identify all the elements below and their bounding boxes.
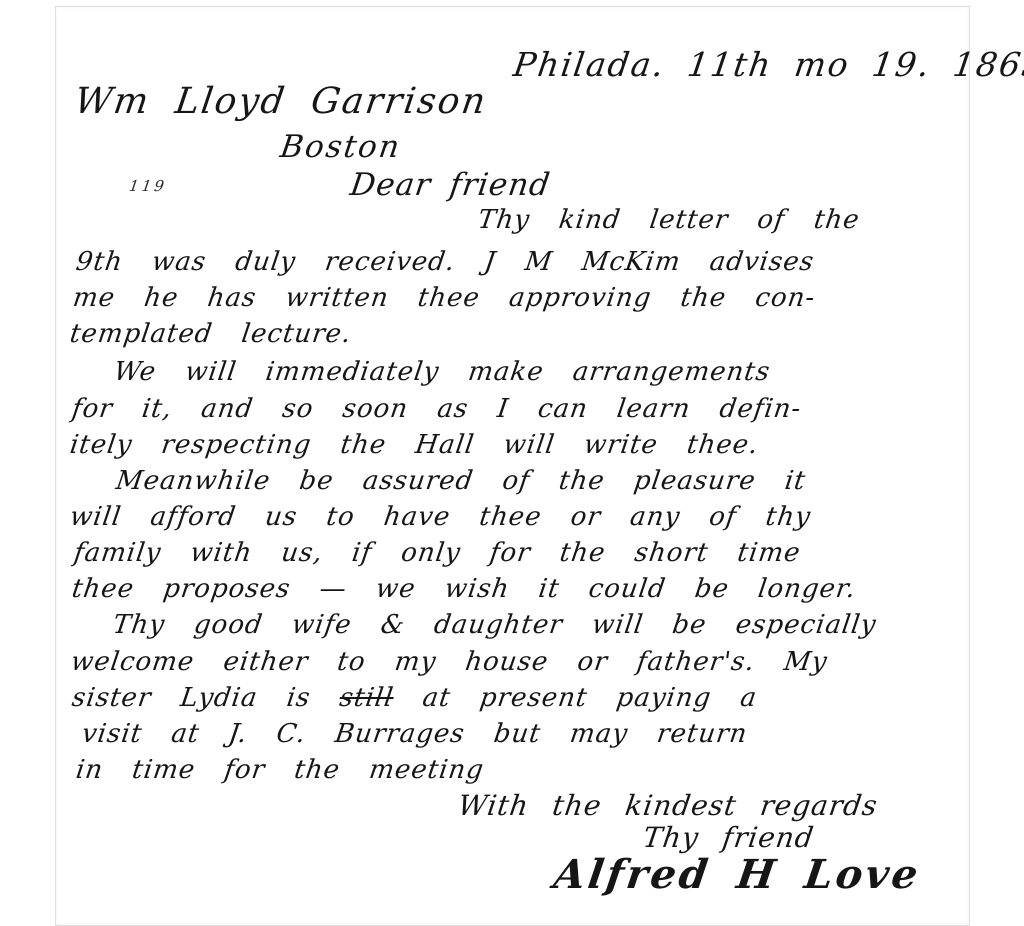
letter-line: will afford us to have thee or any of th… [68, 502, 813, 532]
letter-scan-page: Philada. 11th mo 19. 1863 Wm Lloyd Garri… [55, 6, 970, 912]
recipient-city: Boston [278, 129, 404, 165]
letter-line: templated lecture. [68, 319, 353, 349]
salutation: Dear friend [348, 167, 553, 203]
letter-line: me he has written thee approving the con… [71, 283, 817, 313]
letter-line: Meanwhile be assured of the pleasure it [114, 466, 808, 496]
letter-line: We will immediately make arrangements [112, 357, 772, 387]
letter-line: Thy kind letter of the [476, 205, 862, 235]
closing-regards: With the kindest regards [456, 789, 880, 822]
letter-line: 9th was duly received. J M McKim advises [74, 247, 816, 277]
signature: Alfred H Love [551, 851, 924, 898]
struck-line-after: at present paying a [391, 683, 759, 713]
margin-number: 119 [128, 177, 168, 195]
struck-line-before: sister Lydia is [70, 683, 342, 713]
letter-line: itely respecting the Hall will write the… [68, 430, 761, 460]
letter-line-with-strikethrough: sister Lydia is still at present paying … [70, 683, 759, 713]
letter-line: in time for the meeting [74, 755, 486, 785]
letter-line: welcome either to my house or father's. … [69, 647, 830, 677]
letter-line: visit at J. C. Burrages but may return [80, 719, 749, 749]
letter-line: family with us, if only for the short ti… [72, 538, 803, 568]
recipient-name: Wm Lloyd Garrison [72, 81, 490, 122]
letter-line: for it, and so soon as I can learn defin… [70, 394, 803, 424]
struck-word: still [338, 683, 396, 713]
letter-line: thee proposes — we wish it could be long… [70, 574, 858, 604]
closing-thy-friend: Thy friend [641, 821, 816, 854]
dateline: Philada. 11th mo 19. 1863 [511, 45, 1024, 84]
letter-line: Thy good wife & daughter will be especia… [111, 610, 878, 640]
